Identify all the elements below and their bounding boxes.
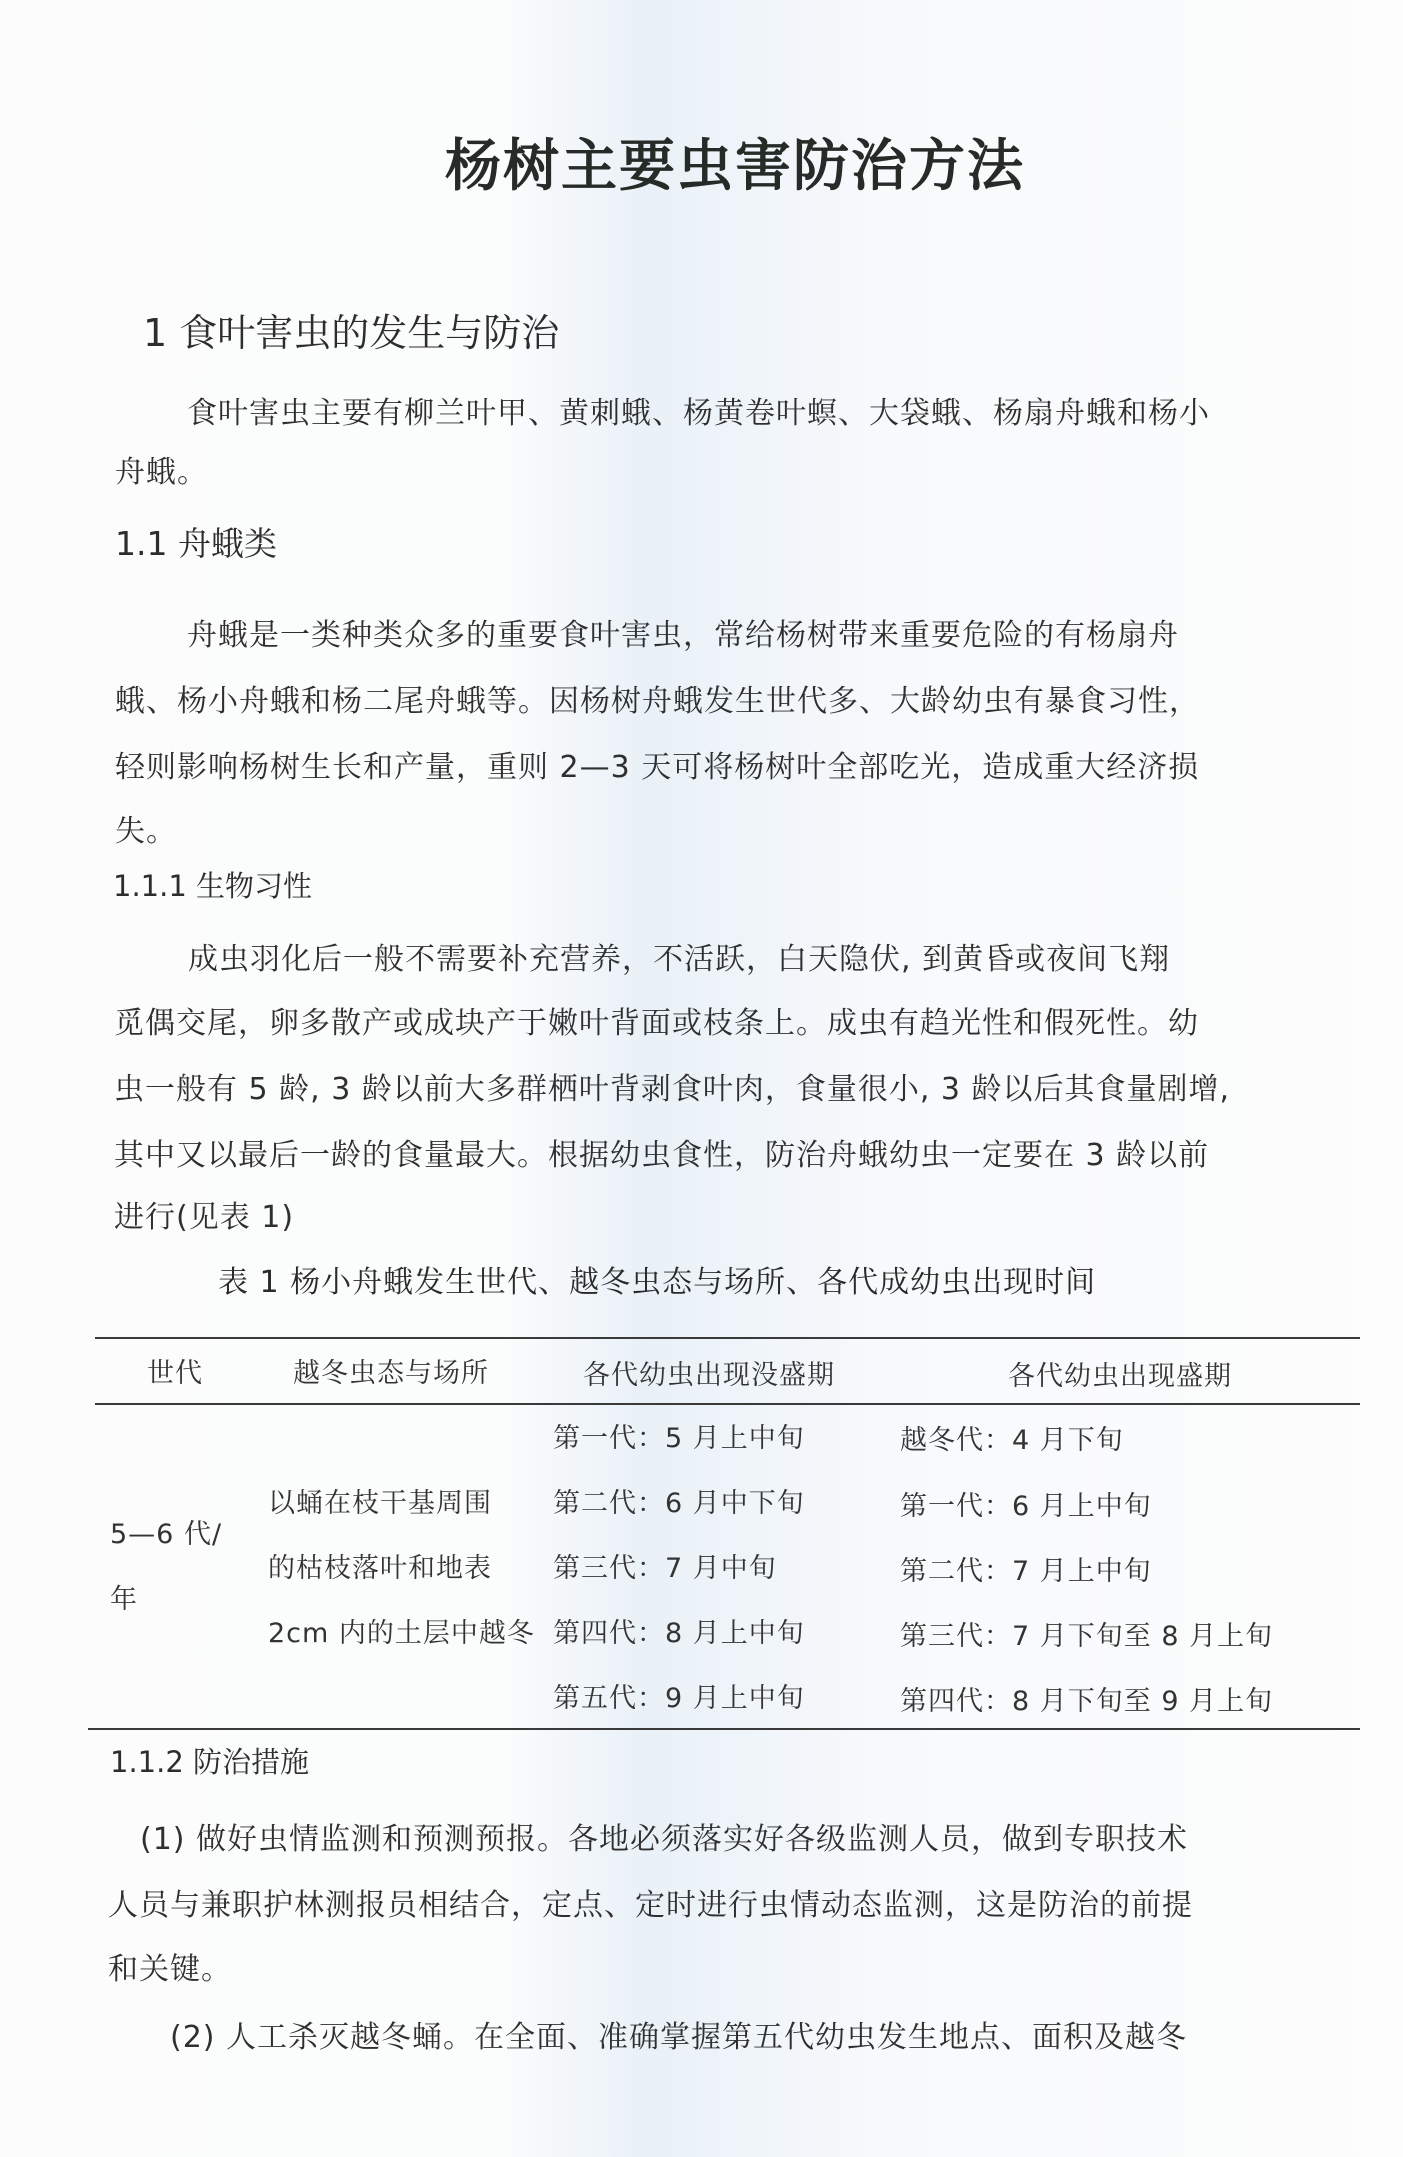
paragraph-line: 其中又以最后一龄的食量最大。根据幼虫食性，防治舟蛾幼虫一定要在 3 龄以前 — [114, 1130, 1209, 1174]
paragraph-line: 舟蛾。 — [115, 447, 208, 491]
section-heading-1: 1 食叶害虫的发生与防治 — [143, 302, 559, 357]
table-cell-generation: 5—6 代/ — [110, 1512, 222, 1551]
table-cell: 第五代：9 月上中旬 — [553, 1676, 805, 1715]
section-heading-1-1: 1.1 舟蛾类 — [115, 518, 277, 565]
table-caption: 表 1 杨小舟蛾发生世代、越冬虫态与场所、各代成幼虫出现时间 — [218, 1257, 1096, 1301]
section-heading-1-1-2: 1.1.2 防治措施 — [110, 1740, 309, 1781]
table-header: 各代幼虫出现盛期 — [1008, 1354, 1232, 1393]
table-cell: 越冬代：4 月下旬 — [900, 1418, 1124, 1457]
paragraph-line: 和关键。 — [108, 1944, 232, 1988]
table-cell: 第二代：7 月上中旬 — [900, 1549, 1152, 1588]
paragraph-line: 人员与兼职护林测报员相结合，定点、定时进行虫情动态监测，这是防治的前提 — [108, 1880, 1193, 1924]
table-cell: 第一代：5 月上中旬 — [553, 1416, 805, 1455]
table-cell-overwinter: 的枯枝落叶和地表 — [268, 1546, 492, 1585]
paragraph-line: 虫一般有 5 龄, 3 龄以前大多群栖叶背剥食叶肉，食量很小, 3 龄以后其食量… — [114, 1064, 1230, 1108]
paragraph-line: (2) 人工杀灭越冬蛹。在全面、准确掌握第五代幼虫发生地点、面积及越冬 — [170, 2012, 1187, 2056]
table-header: 各代幼虫出现没盛期 — [583, 1353, 835, 1392]
paragraph-line: 觅偶交尾，卵多散产或成块产于嫩叶背面或枝条上。成虫有趋光性和假死性。幼 — [114, 998, 1199, 1042]
paragraph-line: 舟蛾是一类种类众多的重要食叶害虫，常给杨树带来重要危险的有杨扇舟 — [187, 610, 1179, 654]
table-top-rule — [95, 1337, 1360, 1339]
table-cell: 第四代：8 月下旬至 9 月上旬 — [900, 1679, 1273, 1718]
paragraph-line: 蛾、杨小舟蛾和杨二尾舟蛾等。因杨树舟蛾发生世代多、大龄幼虫有暴食习性， — [115, 676, 1200, 720]
table-cell: 第三代：7 月下旬至 8 月上旬 — [900, 1614, 1273, 1653]
table-cell-overwinter: 以蛹在枝干基周围 — [268, 1481, 492, 1520]
paragraph-line: 食叶害虫主要有柳兰叶甲、黄刺蛾、杨黄卷叶螟、大袋蛾、杨扇舟蛾和杨小 — [187, 388, 1210, 432]
paragraph-line: (1) 做好虫情监测和预测预报。各地必须落实好各级监测人员，做到专职技术 — [140, 1814, 1188, 1858]
page-title: 杨树主要虫害防治方法 — [0, 122, 1403, 202]
table-bottom-rule — [88, 1728, 1360, 1730]
table-cell: 第三代：7 月中旬 — [553, 1546, 777, 1585]
table-cell: 第四代：8 月上中旬 — [553, 1611, 805, 1650]
table-header: 越冬虫态与场所 — [293, 1351, 489, 1390]
paragraph-line: 失。 — [115, 806, 177, 850]
section-heading-1-1-1: 1.1.1 生物习性 — [113, 864, 312, 905]
paragraph-line: 轻则影响杨树生长和产量，重则 2—3 天可将杨树叶全部吃光，造成重大经济损 — [115, 742, 1199, 786]
table-header: 世代 — [147, 1351, 203, 1390]
table-header-rule — [95, 1403, 1360, 1405]
table-cell-overwinter: 2cm 内的土层中越冬 — [268, 1611, 535, 1650]
paragraph-line: 进行(见表 1) — [114, 1192, 294, 1236]
table-cell-generation: 年 — [110, 1577, 138, 1616]
table-cell: 第一代：6 月上中旬 — [900, 1484, 1152, 1523]
table-cell: 第二代：6 月中下旬 — [553, 1481, 805, 1520]
paragraph-line: 成虫羽化后一般不需要补充营养，不活跃，白天隐伏, 到黄昏或夜间飞翔 — [188, 934, 1170, 978]
